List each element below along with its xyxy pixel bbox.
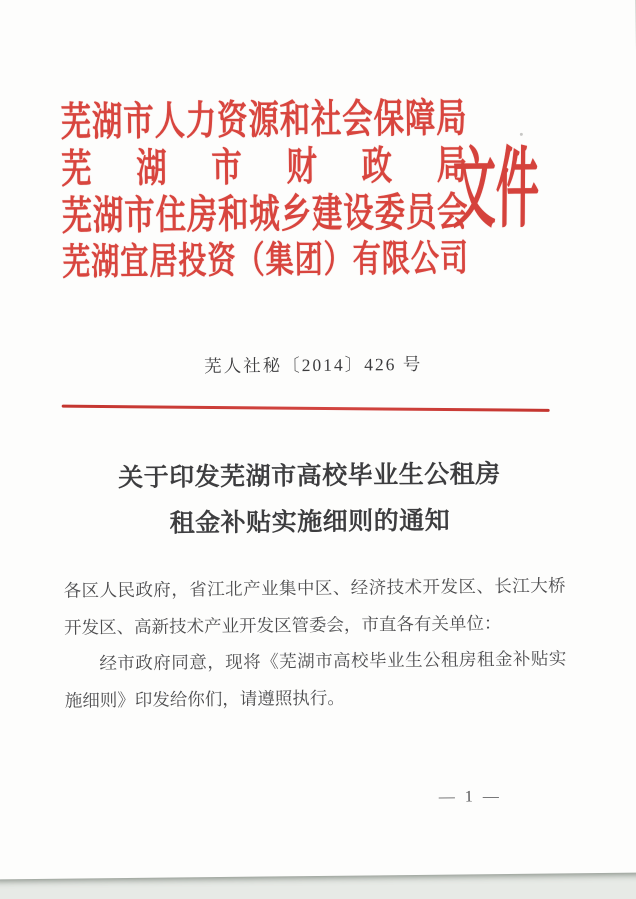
title-line-2: 租金补贴实施细则的通知: [55, 497, 565, 548]
document-page: 芜湖市人力资源和社会保障局 芜湖市财政局 芜湖市住房和城乡建设委员会 芜湖宜居投…: [0, 0, 636, 879]
red-divider: [62, 405, 550, 412]
issuer-line-3: 芜湖市住房和城乡建设委员会: [61, 188, 467, 239]
body-text: 各区人民政府，省江北产业集中区、经济技术开发区、长江大桥开发区、高新技术产业开发…: [63, 567, 567, 718]
main-paragraph: 经市政府同意，现将《芜湖市高校毕业生公租房租金补贴实施细则》印发给你们，请遵照执…: [64, 640, 567, 718]
scan-speck: [267, 203, 270, 206]
doc-type-label: 文件: [452, 146, 539, 237]
issuer-line-1: 芜湖市人力资源和社会保障局: [60, 94, 466, 145]
issuer-line-2: 芜湖市财政局: [61, 141, 467, 192]
page-number: — 1 —: [439, 788, 502, 807]
letterhead: 芜湖市人力资源和社会保障局 芜湖市财政局 芜湖市住房和城乡建设委员会 芜湖宜居投…: [60, 94, 468, 286]
title-line-1: 关于印发芜湖市高校毕业生公租房: [54, 451, 564, 502]
document-title: 关于印发芜湖市高校毕业生公租房 租金补贴实施细则的通知: [54, 451, 565, 548]
salutation-paragraph: 各区人民政府，省江北产业集中区、经济技术开发区、长江大桥开发区、高新技术产业开发…: [63, 567, 566, 645]
issuer-line-4: 芜湖宜居投资（集团）有限公司: [62, 235, 468, 286]
scan-background: 芜湖市人力资源和社会保障局 芜湖市财政局 芜湖市住房和城乡建设委员会 芜湖宜居投…: [0, 0, 636, 899]
scan-speck: [520, 133, 523, 136]
doc-number: 芜人社秘〔2014〕426 号: [63, 349, 563, 379]
